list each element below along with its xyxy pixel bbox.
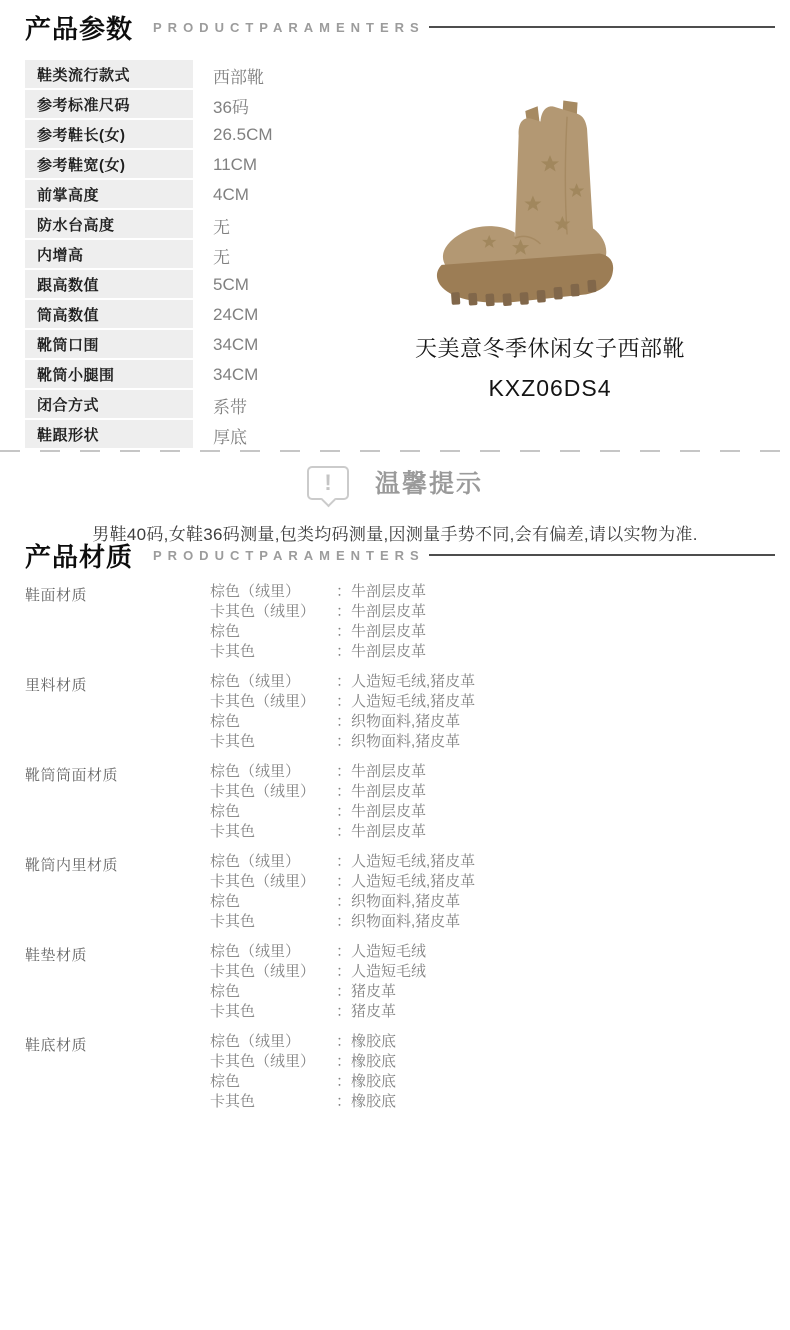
product-detail-page: 产品参数 PRODUCTPARAMENTERS 鞋类流行款式 西部靴 参考标准尺… [0,0,790,1330]
param-value: 系带 [193,390,247,420]
material-variant: 卡其色 [210,912,336,932]
material-variant: 棕色 [210,622,336,642]
material-rows: 棕色（绒里）：橡胶底 卡其色（绒里）：橡胶底 棕色：橡胶底 卡其色：橡胶底 [210,1032,765,1112]
material-row: 棕色（绒里）：人造短毛绒,猪皮革 [210,672,765,692]
material-row: 棕色：织物面料,猪皮革 [210,892,765,912]
material-value: 织物面料,猪皮革 [351,732,460,752]
material-variant: 卡其色（绒里） [210,692,336,712]
material-row: 卡其色：织物面料,猪皮革 [210,732,765,752]
param-value: 5CM [193,270,249,300]
material-category-label: 鞋底材质 [25,1032,210,1112]
param-value: 36码 [193,90,249,120]
dashed-divider [0,450,790,452]
product-visual-block: 天美意冬季休闲女子西部靴 KXZ06DS4 [400,66,730,402]
material-value: 牛剖层皮革 [351,602,426,622]
colon-separator: ： [336,852,351,872]
table-row: 内增高 无 [25,240,405,270]
colon-separator: ： [336,962,351,982]
material-variant: 卡其色（绒里） [210,1052,336,1072]
materials-list: 鞋面材质 棕色（绒里）：牛剖层皮革 卡其色（绒里）：牛剖层皮革 棕色：牛剖层皮革… [25,582,765,1122]
table-row: 鞋跟形状 厚底 [25,420,405,450]
material-category-label: 鞋垫材质 [25,942,210,1022]
colon-separator: ： [336,672,351,692]
product-boot-image [426,92,674,320]
colon-separator: ： [336,622,351,642]
colon-separator: ： [336,1052,351,1072]
material-variant: 棕色（绒里） [210,672,336,692]
material-rows: 棕色（绒里）：人造短毛绒,猪皮革 卡其色（绒里）：人造短毛绒,猪皮革 棕色：织物… [210,672,765,752]
param-label: 鞋类流行款式 [25,60,193,88]
colon-separator: ： [336,642,351,662]
material-row: 棕色：牛剖层皮革 [210,622,765,642]
material-group: 鞋底材质 棕色（绒里）：橡胶底 卡其色（绒里）：橡胶底 棕色：橡胶底 卡其色：橡… [25,1032,765,1112]
material-rows: 棕色（绒里）：牛剖层皮革 卡其色（绒里）：牛剖层皮革 棕色：牛剖层皮革 卡其色：… [210,762,765,842]
material-row: 卡其色（绒里）：橡胶底 [210,1052,765,1072]
material-value: 牛剖层皮革 [351,582,426,602]
material-value: 牛剖层皮革 [351,782,426,802]
table-row: 靴筒口围 34CM [25,330,405,360]
material-value: 牛剖层皮革 [351,642,426,662]
material-row: 卡其色：牛剖层皮革 [210,642,765,662]
param-label: 参考鞋宽(女) [25,150,193,178]
material-row: 棕色：猪皮革 [210,982,765,1002]
colon-separator: ： [336,1072,351,1092]
table-row: 鞋类流行款式 西部靴 [25,60,405,90]
material-rows: 棕色（绒里）：人造短毛绒,猪皮革 卡其色（绒里）：人造短毛绒,猪皮革 棕色：织物… [210,852,765,932]
param-value: 24CM [193,300,258,330]
material-group: 鞋垫材质 棕色（绒里）：人造短毛绒 卡其色（绒里）：人造短毛绒 棕色：猪皮革 卡… [25,942,765,1022]
material-group: 靴筒筒面材质 棕色（绒里）：牛剖层皮革 卡其色（绒里）：牛剖层皮革 棕色：牛剖层… [25,762,765,842]
material-group: 靴筒内里材质 棕色（绒里）：人造短毛绒,猪皮革 卡其色（绒里）：人造短毛绒,猪皮… [25,852,765,932]
material-variant: 卡其色（绒里） [210,782,336,802]
material-row: 卡其色（绒里）：人造短毛绒,猪皮革 [210,872,765,892]
param-value: 无 [193,210,230,240]
params-section-subtitle: PRODUCTPARAMENTERS [153,20,425,35]
materials-section-title: 产品材质 [25,537,133,574]
material-category-label: 靴筒内里材质 [25,852,210,932]
material-variant: 卡其色（绒里） [210,602,336,622]
param-label: 防水台高度 [25,210,193,238]
material-variant: 棕色（绒里） [210,942,336,962]
param-label: 前掌高度 [25,180,193,208]
material-variant: 棕色 [210,802,336,822]
material-value: 橡胶底 [351,1092,396,1112]
param-value: 34CM [193,360,258,390]
colon-separator: ： [336,892,351,912]
material-row: 棕色（绒里）：牛剖层皮革 [210,582,765,602]
param-value: 无 [193,240,230,270]
material-variant: 棕色 [210,892,336,912]
exclamation-bubble-icon: ! [307,466,349,500]
product-name: 天美意冬季休闲女子西部靴 [415,332,685,363]
table-row: 筒高数值 24CM [25,300,405,330]
table-row: 闭合方式 系带 [25,390,405,420]
material-category-label: 里料材质 [25,672,210,752]
material-value: 织物面料,猪皮革 [351,912,460,932]
material-variant: 棕色 [210,712,336,732]
material-value: 猪皮革 [351,1002,396,1022]
material-value: 橡胶底 [351,1032,396,1052]
material-value: 人造短毛绒,猪皮革 [351,672,475,692]
param-value: 4CM [193,180,249,210]
param-label: 跟高数值 [25,270,193,298]
notice-title: 温馨提示 [375,464,483,500]
notice-head: ! 温馨提示 [0,458,790,508]
material-row: 卡其色（绒里）：人造短毛绒,猪皮革 [210,692,765,712]
material-category-label: 靴筒筒面材质 [25,762,210,842]
material-variant: 棕色 [210,982,336,1002]
material-row: 卡其色（绒里）：人造短毛绒 [210,962,765,982]
material-row: 棕色（绒里）：橡胶底 [210,1032,765,1052]
colon-separator: ： [336,1002,351,1022]
material-variant: 卡其色 [210,642,336,662]
colon-separator: ： [336,602,351,622]
param-label: 闭合方式 [25,390,193,418]
param-label: 参考鞋长(女) [25,120,193,148]
table-row: 参考鞋宽(女) 11CM [25,150,405,180]
param-value: 西部靴 [193,60,264,90]
material-value: 人造短毛绒,猪皮革 [351,692,475,712]
material-value: 织物面料,猪皮革 [351,892,460,912]
material-value: 人造短毛绒,猪皮革 [351,872,475,892]
materials-section-header: 产品材质 PRODUCTPARAMENTERS [25,536,775,574]
material-row: 棕色：织物面料,猪皮革 [210,712,765,732]
material-row: 棕色：牛剖层皮革 [210,802,765,822]
material-value: 橡胶底 [351,1072,396,1092]
material-rows: 棕色（绒里）：人造短毛绒 卡其色（绒里）：人造短毛绒 棕色：猪皮革 卡其色：猪皮… [210,942,765,1022]
material-value: 牛剖层皮革 [351,822,426,842]
materials-section-subtitle: PRODUCTPARAMENTERS [153,548,425,563]
material-row: 卡其色：橡胶底 [210,1092,765,1112]
material-variant: 棕色（绒里） [210,582,336,602]
colon-separator: ： [336,802,351,822]
table-row: 跟高数值 5CM [25,270,405,300]
material-variant: 棕色 [210,1072,336,1092]
param-label: 筒高数值 [25,300,193,328]
colon-separator: ： [336,912,351,932]
colon-separator: ： [336,872,351,892]
material-value: 橡胶底 [351,1052,396,1072]
colon-separator: ： [336,692,351,712]
bubble-tail [321,492,337,508]
colon-separator: ： [336,782,351,802]
params-section-title: 产品参数 [25,9,133,46]
colon-separator: ： [336,1092,351,1112]
material-variant: 卡其色 [210,1002,336,1022]
material-variant: 卡其色 [210,732,336,752]
material-value: 牛剖层皮革 [351,802,426,822]
table-row: 参考鞋长(女) 26.5CM [25,120,405,150]
material-value: 人造短毛绒 [351,942,426,962]
material-variant: 卡其色（绒里） [210,872,336,892]
material-variant: 卡其色（绒里） [210,962,336,982]
material-value: 猪皮革 [351,982,396,1002]
colon-separator: ： [336,1032,351,1052]
param-label: 鞋跟形状 [25,420,193,448]
material-row: 卡其色：织物面料,猪皮革 [210,912,765,932]
material-row: 棕色（绒里）：人造短毛绒 [210,942,765,962]
colon-separator: ： [336,942,351,962]
material-row: 卡其色：猪皮革 [210,1002,765,1022]
colon-separator: ： [336,582,351,602]
param-value: 11CM [193,150,257,180]
colon-separator: ： [336,762,351,782]
param-label: 参考标准尺码 [25,90,193,118]
params-section-header: 产品参数 PRODUCTPARAMENTERS [25,8,775,46]
table-row: 防水台高度 无 [25,210,405,240]
table-row: 前掌高度 4CM [25,180,405,210]
colon-separator: ： [336,982,351,1002]
material-value: 人造短毛绒,猪皮革 [351,852,475,872]
material-row: 棕色：橡胶底 [210,1072,765,1092]
material-rows: 棕色（绒里）：牛剖层皮革 卡其色（绒里）：牛剖层皮革 棕色：牛剖层皮革 卡其色：… [210,582,765,662]
notice-block: ! 温馨提示 男鞋40码,女鞋36码测量,包类均码测量,因测量手势不同,会有偏差… [0,458,790,545]
param-value: 26.5CM [193,120,273,150]
material-variant: 棕色（绒里） [210,762,336,782]
material-variant: 卡其色 [210,1092,336,1112]
material-row: 棕色（绒里）：人造短毛绒,猪皮革 [210,852,765,872]
material-variant: 棕色（绒里） [210,1032,336,1052]
material-row: 卡其色：牛剖层皮革 [210,822,765,842]
material-row: 卡其色（绒里）：牛剖层皮革 [210,602,765,622]
material-value: 牛剖层皮革 [351,762,426,782]
colon-separator: ： [336,712,351,732]
material-value: 人造短毛绒 [351,962,426,982]
param-label: 内增高 [25,240,193,268]
material-group: 鞋面材质 棕色（绒里）：牛剖层皮革 卡其色（绒里）：牛剖层皮革 棕色：牛剖层皮革… [25,582,765,662]
product-model: KXZ06DS4 [488,375,611,402]
param-label: 靴筒口围 [25,330,193,358]
table-row: 靴筒小腿围 34CM [25,360,405,390]
param-label: 靴筒小腿围 [25,360,193,388]
header-rule [429,554,775,556]
material-variant: 卡其色 [210,822,336,842]
table-row: 参考标准尺码 36码 [25,90,405,120]
param-table: 鞋类流行款式 西部靴 参考标准尺码 36码 参考鞋长(女) 26.5CM 参考鞋… [25,60,405,450]
colon-separator: ： [336,732,351,752]
material-variant: 棕色（绒里） [210,852,336,872]
material-row: 卡其色（绒里）：牛剖层皮革 [210,782,765,802]
colon-separator: ： [336,822,351,842]
material-group: 里料材质 棕色（绒里）：人造短毛绒,猪皮革 卡其色（绒里）：人造短毛绒,猪皮革 … [25,672,765,752]
param-value: 34CM [193,330,258,360]
material-value: 织物面料,猪皮革 [351,712,460,732]
material-category-label: 鞋面材质 [25,582,210,662]
header-rule [429,26,775,28]
material-value: 牛剖层皮革 [351,622,426,642]
param-value: 厚底 [193,420,247,450]
material-row: 棕色（绒里）：牛剖层皮革 [210,762,765,782]
